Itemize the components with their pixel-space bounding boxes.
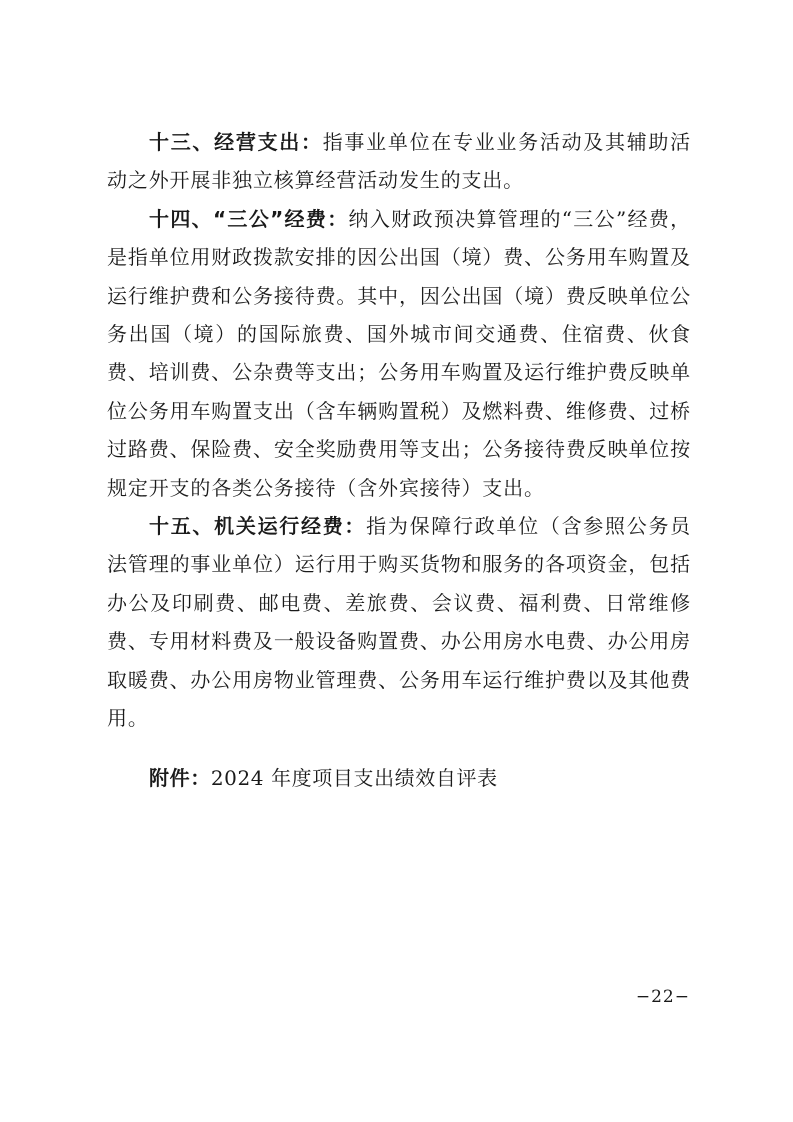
document-body: 十三、经营支出：指事业单位在专业业务活动及其辅助活动之外开展非独立核算经营活动发… — [107, 123, 691, 738]
paragraph-text: 指为保障行政单位（含参照公务员法管理的事业单位）运行用于购买货物和服务的各项资金… — [107, 514, 691, 730]
attachment-line: 附件：2024 年度项目支出绩效自评表 — [149, 759, 498, 797]
attachment-label: 附件： — [149, 766, 211, 790]
page-number: −22− — [636, 985, 690, 1009]
paragraph-text: 纳入财政预决算管理的“三公”经费，是指单位用财政拨款安排的因公出国（境）费、公务… — [107, 207, 691, 500]
paragraph-three-public-expenses: 十四、“三公”经费：纳入财政预决算管理的“三公”经费，是指单位用财政拨款安排的因… — [107, 200, 691, 507]
term-heading: 十四、“三公”经费： — [149, 207, 349, 231]
paragraph-operating-expenses: 十三、经营支出：指事业单位在专业业务活动及其辅助活动之外开展非独立核算经营活动发… — [107, 123, 691, 200]
term-heading: 十五、机关运行经费： — [149, 514, 366, 538]
paragraph-agency-operating-funds: 十五、机关运行经费：指为保障行政单位（含参照公务员法管理的事业单位）运行用于购买… — [107, 507, 691, 737]
term-heading: 十三、经营支出： — [149, 130, 323, 154]
attachment-title: 2024 年度项目支出绩效自评表 — [211, 766, 498, 790]
